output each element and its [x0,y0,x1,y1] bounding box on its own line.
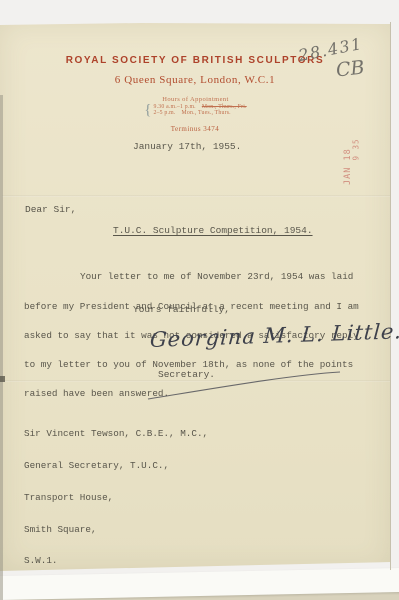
recipient-line: Sir Vincent Tewson, C.B.E., M.C., [24,429,208,440]
fold-line-top [2,195,390,197]
letter-photo: ROYAL SOCIETY OF BRITISH SCULPTORS 6 Que… [0,0,399,600]
recipient-block: Sir Vincent Tewson, C.B.E., M.C., Genera… [24,408,208,588]
hours-line-1: 9.30 a.m.–1 p.m.Mon., Thurs., Fri. [153,104,246,110]
received-stamp-date: JAN 18 [343,141,353,185]
hours-line-2: 2–5 p.m.Mon., Tues., Thurs. [153,110,230,116]
paper-right-edge [390,22,391,570]
hours-of-appointment-block: Hours of Appointment { 9.30 a.m.–1 p.m.M… [108,96,283,117]
pen-stroke [140,363,350,405]
paper-left-edge-mark [0,376,5,382]
salutation: Dear Sir, [25,204,76,215]
hours-line-2-days: Mon., Tues., Thurs. [182,110,231,116]
recipient-line: Transport House, [24,493,208,504]
letterhead-phone: Terminus 3474 [120,125,270,133]
recipient-line: S.W.1. [24,556,208,567]
subject-line: T.U.C. Sculpture Competition, 1954. [113,225,313,236]
recipient-line: General Secretary, T.U.C., [24,461,208,472]
body-line: Your letter to me of November 23rd, 1954… [24,272,384,282]
paper-left-edge-shadow [0,95,3,600]
hours-line-2-time: 2–5 p.m. [153,110,175,116]
hours-line-1-days-struck: Mon., Thurs., Fri. [202,104,247,110]
brace-mark: { [144,104,151,116]
hours-line-1-time: 9.30 a.m.–1 p.m. [153,104,195,110]
recipient-line: Smith Square, [24,525,208,536]
closing: Yours faithfully, [133,304,230,315]
letter-date: January 17th, 1955. [133,141,241,152]
pencil-initials: CB [335,57,366,82]
hours-title: Hours of Appointment [108,96,283,103]
letterhead-street-address: 6 Queen Square, London, W.C.1 [40,74,350,86]
